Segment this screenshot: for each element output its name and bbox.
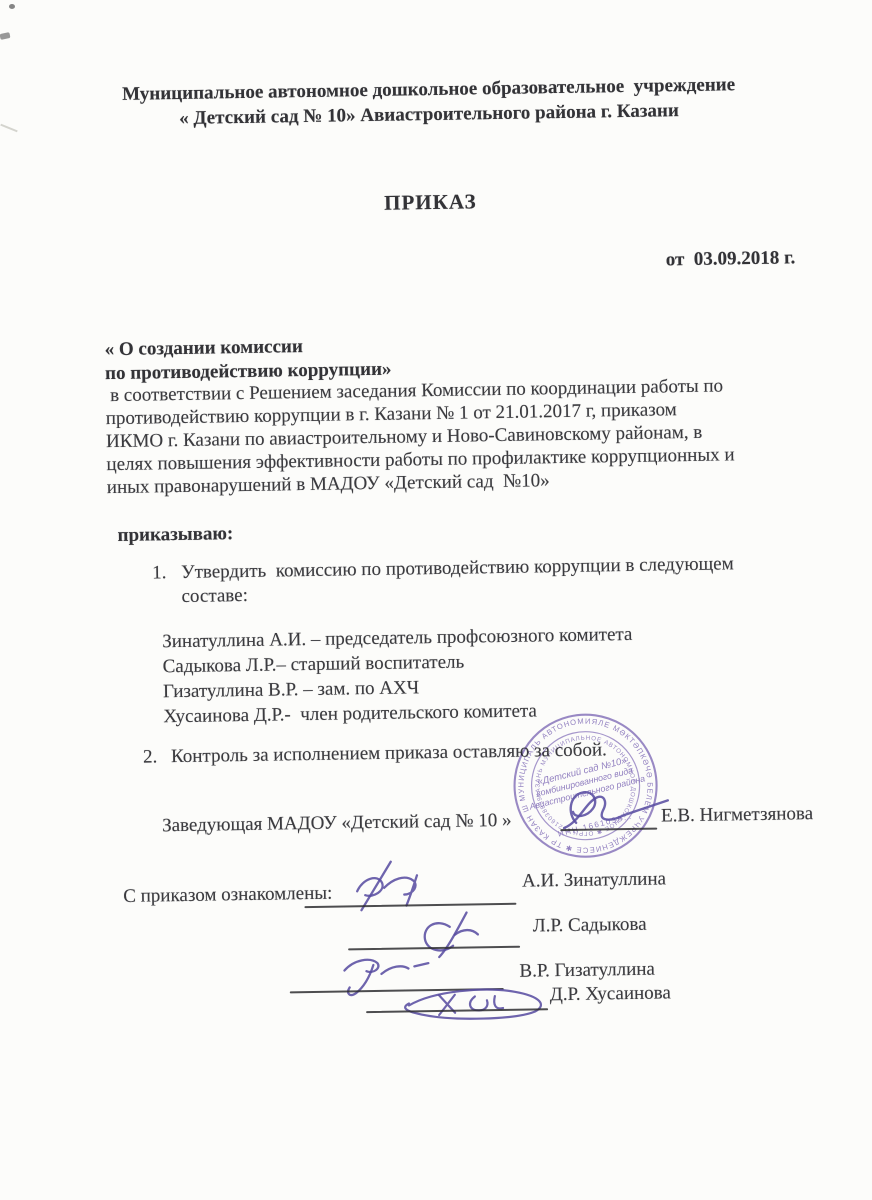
signature-khusainova: [393, 978, 556, 1023]
document-date: от 03.09.2018 г.: [0, 246, 795, 283]
item2-number: 2.: [143, 745, 158, 769]
document-page: Муниципальное автономное дошкольное обра…: [0, 0, 872, 1200]
committee-member-1: Зинатуллина А.И. – председатель профсоюз…: [162, 623, 633, 654]
ack-label: С приказом ознакомлены:: [123, 882, 332, 909]
item1-line1: Утвердить комиссию по противодействию ко…: [181, 552, 734, 585]
ack-signer-1: А.И. Зинатуллина: [522, 867, 666, 893]
committee-member-3: Гизатуллина В.Р. – зам. по АХЧ: [163, 676, 419, 704]
order-word: приказываю:: [117, 522, 233, 548]
document-title: ПРИКАЗ: [0, 183, 867, 221]
ack-signer-4: Д.Р. Хусаинова: [550, 981, 671, 1007]
head-sign-name: Е.В. Нигметзянова: [661, 802, 813, 828]
item1-number: 1.: [152, 561, 167, 585]
committee-member-2: Садыкова Л.Р.– старший воспитатель: [162, 651, 464, 680]
item1-line2: составе:: [181, 584, 248, 609]
head-sign-label: Заведующая МАДОУ «Детский сад № 10 »: [162, 809, 512, 838]
committee-member-4: Хусаинова Д.Р.- член родительского комит…: [163, 699, 537, 729]
ack-signer-2: Л.Р. Садыкова: [533, 913, 647, 939]
subject-line1: « О создании комиссии: [104, 335, 303, 362]
